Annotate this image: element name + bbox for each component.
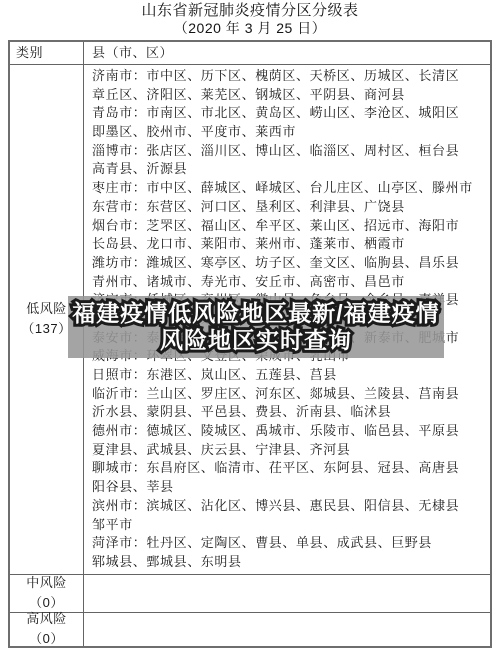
county-line: 即墨区、胶州市、平度市、莱西市 (92, 123, 490, 142)
county-line: 德州市：德城区、陵城区、禹城市、乐陵市、临邑县、平原县 (92, 422, 490, 441)
county-line: 郓城县、鄄城县、东明县 (92, 553, 490, 572)
county-line: 烟台市：芝罘区、福山区、牟平区、莱山区、招远市、海阳市 (92, 217, 490, 236)
county-line: 淄博市：张店区、淄川区、博山区、临淄区、周村区、桓台县 (92, 142, 490, 161)
risk-row-high: 高风险（0） (10, 612, 490, 646)
risk-count: （137） (21, 319, 71, 339)
county-line: 临沂市：兰山区、罗庄区、河东区、郯城县、兰陵县、莒南县 (92, 385, 490, 404)
county-line: 邹平市 (92, 516, 490, 535)
risk-category-cell: 高风险（0） (10, 613, 84, 646)
header-county-cell: 县（市、区） (84, 42, 490, 64)
county-line: 章丘区、济阳区、莱芜区、钢城区、平阴县、商河县 (92, 86, 490, 105)
watermark-overlay: 福建疫情低风险地区最新/福建疫情 风险地区实时查询 (68, 296, 444, 358)
county-line: 日照市：东港区、岚山区、五莲县、莒县 (92, 366, 490, 385)
page-title: 山东省新冠肺炎疫情分区分级表 (0, 1, 500, 20)
county-line: 沂水县、蒙阴县、平邑县、费县、沂南县、临沭县 (92, 403, 490, 422)
watermark-text-line1: 福建疫情低风险地区最新/福建疫情 (72, 300, 439, 327)
county-line: 长岛县、龙口市、莱阳市、莱州市、蓬莱市、栖霞市 (92, 235, 490, 254)
county-line: 东营市：东营区、河口区、垦利区、利津县、广饶县 (92, 198, 490, 217)
county-list-cell (84, 613, 490, 646)
county-line: 菏泽市：牡丹区、定陶区、曹县、单县、成武县、巨野县 (92, 534, 490, 553)
county-line: 枣庄市：市中区、薛城区、峄城区、台儿庄区、山亭区、滕州市 (92, 179, 490, 198)
watermark-text-line2: 风险地区实时查询 (160, 327, 352, 354)
county-line: 潍坊市：潍城区、寒亭区、坊子区、奎文区、临朐县、昌乐县 (92, 254, 490, 273)
risk-row-mid: 中风险（0） (10, 574, 490, 612)
risk-category-label: 中风险 (26, 573, 67, 593)
risk-count: （0） (29, 629, 64, 649)
county-list-cell (84, 575, 490, 612)
table-header-row: 类别 县（市、区） (10, 42, 490, 65)
county-line: 滨州市：滨城区、沾化区、博兴县、惠民县、阳信县、无棣县 (92, 497, 490, 516)
county-line: 高青县、沂源县 (92, 160, 490, 179)
risk-category-label: 低风险 (26, 299, 67, 319)
county-line: 青岛市：市南区、市北区、黄岛区、崂山区、李沧区、城阳区 (92, 104, 490, 123)
page-subtitle: （2020 年 3 月 25 日） (0, 19, 500, 37)
county-line: 聊城市：东昌府区、临清市、茌平区、东阿县、冠县、高唐县 (92, 459, 490, 478)
county-line: 青州市、诸城市、寿光市、安丘市、高密市、昌邑市 (92, 273, 490, 292)
header-category-cell: 类别 (10, 42, 84, 64)
county-line: 夏津县、武城县、庆云县、宁津县、齐河县 (92, 441, 490, 460)
risk-category-label: 高风险 (26, 609, 67, 629)
county-line: 济南市：市中区、历下区、槐荫区、天桥区、历城区、长清区 (92, 67, 490, 86)
county-line: 阳谷县、莘县 (92, 478, 490, 497)
risk-category-cell: 中风险（0） (10, 575, 84, 612)
